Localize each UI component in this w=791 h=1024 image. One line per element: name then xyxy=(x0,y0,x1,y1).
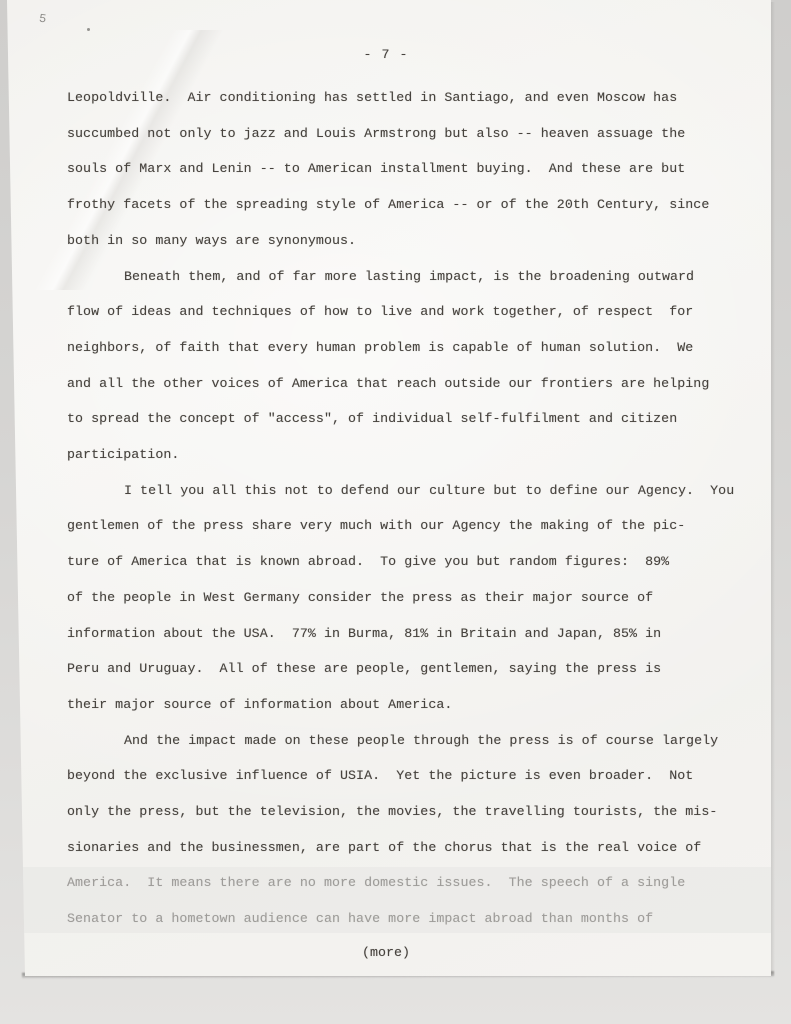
text-line: of the people in West Germany consider t… xyxy=(67,580,727,616)
paragraph: And the impact made on these people thro… xyxy=(67,723,727,937)
text-line: frothy facets of the spreading style of … xyxy=(67,187,727,223)
text-line: information about the USA. 77% in Burma,… xyxy=(67,616,727,652)
text-line: participation. xyxy=(67,437,727,473)
text-line: Senator to a hometown audience can have … xyxy=(67,901,727,937)
pencil-annotation: 5 xyxy=(38,12,47,27)
text-line: and all the other voices of America that… xyxy=(67,366,727,402)
paragraph: Beneath them, and of far more lasting im… xyxy=(67,259,727,473)
page-number: - 7 - xyxy=(0,47,772,62)
paragraph: Leopoldville. Air conditioning has settl… xyxy=(67,80,727,259)
text-line: succumbed not only to jazz and Louis Arm… xyxy=(67,116,727,152)
text-line: beyond the exclusive influence of USIA. … xyxy=(67,758,727,794)
document-body: Leopoldville. Air conditioning has settl… xyxy=(67,80,727,937)
text-line: souls of Marx and Lenin -- to American i… xyxy=(67,151,727,187)
paragraph: I tell you all this not to defend our cu… xyxy=(67,473,727,723)
text-line: gentlemen of the press share very much w… xyxy=(67,508,727,544)
text-line: their major source of information about … xyxy=(67,687,727,723)
scanner-background: 5 - 7 - Leopoldville. Air conditioning h… xyxy=(0,0,791,1024)
ink-speck xyxy=(87,28,90,31)
text-line: both in so many ways are synonymous. xyxy=(67,223,727,259)
text-line: Beneath them, and of far more lasting im… xyxy=(67,259,727,295)
text-line: I tell you all this not to defend our cu… xyxy=(67,473,727,509)
text-line: And the impact made on these people thro… xyxy=(67,723,727,759)
text-line: America. It means there are no more dome… xyxy=(67,865,727,901)
text-line: Peru and Uruguay. All of these are peopl… xyxy=(67,651,727,687)
text-line: neighbors, of faith that every human pro… xyxy=(67,330,727,366)
text-line: only the press, but the television, the … xyxy=(67,794,727,830)
text-line: to spread the concept of "access", of in… xyxy=(67,401,727,437)
text-line: sionaries and the businessmen, are part … xyxy=(67,830,727,866)
text-line: flow of ideas and techniques of how to l… xyxy=(67,294,727,330)
document-page: 5 - 7 - Leopoldville. Air conditioning h… xyxy=(0,0,771,976)
text-line: ture of America that is known abroad. To… xyxy=(67,544,727,580)
continuation-marker: (more) xyxy=(0,938,772,968)
text-line: Leopoldville. Air conditioning has settl… xyxy=(67,80,727,116)
